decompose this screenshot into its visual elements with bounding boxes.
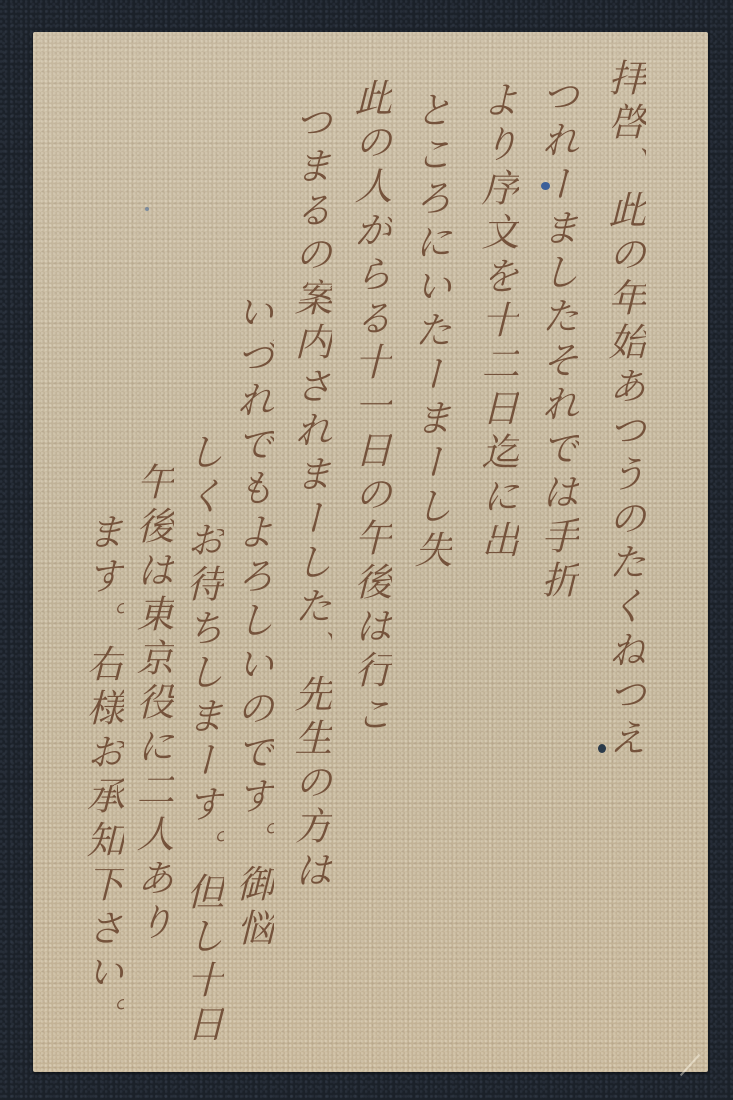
postcard: 拝啓、此の年始あつうのたくねつえ つれーましたそれでは手折 より序文を十二日迄に… [33,32,708,1072]
handwriting-column-1: 拝啓、此の年始あつうのたくねつえ [605,58,643,1018]
handwriting-column-8: しくお待ちしまーす。但し十日 [183,432,221,1012]
corner-crease [680,1054,700,1076]
handwriting-column-10: ます。右様お承知下さい。 [83,512,121,992]
handwriting-column-7: いづれでもよろしいのです。御悩 [233,292,271,992]
small-blue-spot [145,207,149,211]
handwriting-column-2: つれーましたそれでは手折 [538,76,576,976]
blue-ink-spot [541,182,550,190]
handwriting-column-9: 午後は東京役に二人あり [133,462,171,982]
dark-ink-spot [598,744,606,753]
handwriting-column-6: つまるの案内されまーした、先生の方は [291,102,329,1022]
handwriting-column-4: ところにいたーまーし失 [411,90,449,990]
handwriting-column-5: 此の人がらる十一日の午後は行こ [351,78,389,1018]
handwriting-column-3: より序文を十二日迄に出 [478,80,516,980]
